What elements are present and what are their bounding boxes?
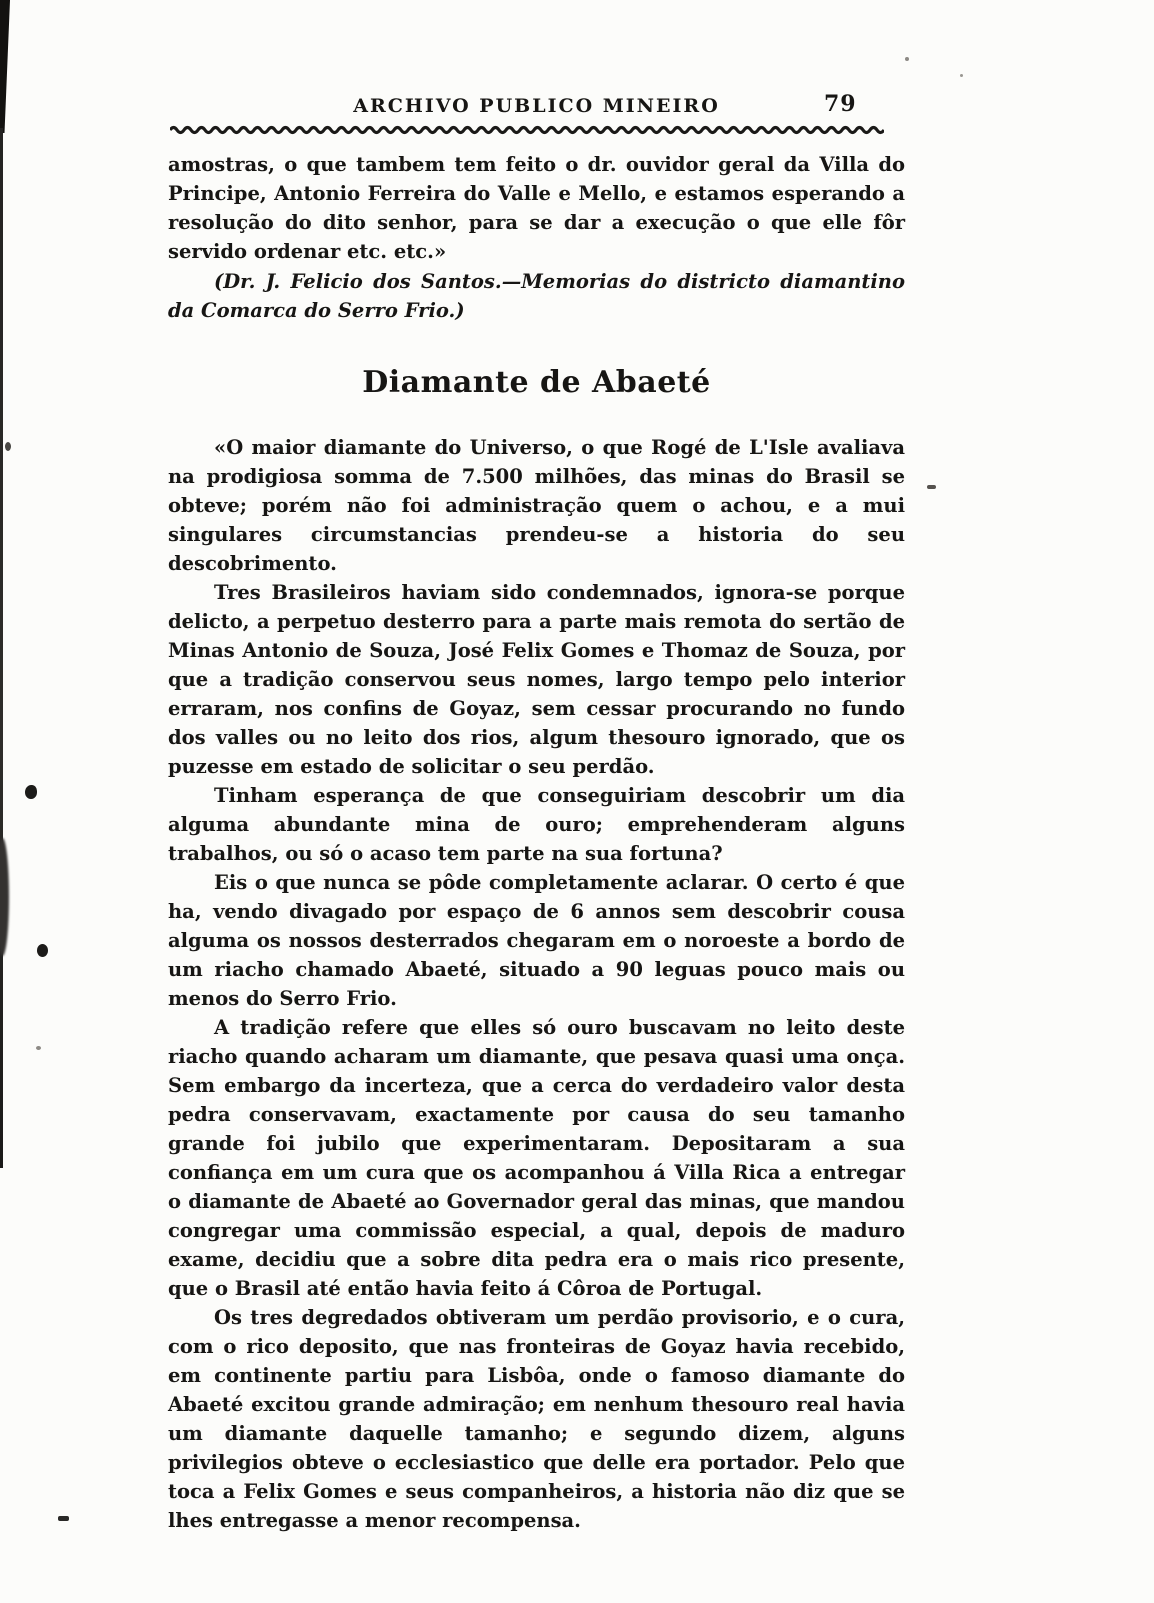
scanned-page: ARCHIVO PUBLICO MINEIRO 79 amostras, o q…: [0, 0, 1154, 1603]
article-paragraph: Os tres degredados obtiveram um perdão p…: [168, 1303, 905, 1535]
page-number: 79: [824, 91, 857, 117]
article-paragraph: «O maior diamante do Universo, o que Rog…: [168, 433, 905, 578]
scan-artifact-edge-line: [0, 128, 3, 1168]
scan-artifact-speck: [905, 57, 909, 61]
scan-artifact-speck: [36, 1046, 41, 1050]
running-head: ARCHIVO PUBLICO MINEIRO 79: [168, 95, 905, 121]
article-paragraph: Eis o que nunca se pôde completamente ac…: [168, 868, 905, 1013]
article-paragraph: A tradição refere que elles só ouro busc…: [168, 1013, 905, 1303]
scan-artifact-speck: [960, 74, 963, 77]
article-title: Diamante de Abaeté: [168, 368, 905, 397]
scan-artifact-dash: [927, 485, 936, 489]
citation-paragraph: (Dr. J. Felicio dos Santos.—Memorias do …: [168, 267, 905, 325]
running-title: ARCHIVO PUBLICO MINEIRO: [168, 95, 905, 117]
scan-artifact-edge-bulge: [0, 838, 9, 956]
article-paragraph: Tinham esperança de que conseguiriam des…: [168, 781, 905, 868]
page-body: amostras, o que tambem tem feito o dr. o…: [168, 150, 905, 1535]
header-rule-wavy-line: [170, 124, 884, 136]
scan-artifact-dash: [58, 1516, 69, 1521]
scan-artifact-speck: [5, 442, 11, 451]
continuation-paragraph: amostras, o que tambem tem feito o dr. o…: [168, 150, 905, 266]
article-paragraph: Tres Brasileiros haviam sido condemnados…: [168, 578, 905, 781]
scan-artifact-dot: [37, 944, 48, 957]
scan-artifact-corner: [0, 0, 10, 133]
scan-artifact-dot: [25, 785, 37, 799]
article-body: «O maior diamante do Universo, o que Rog…: [168, 433, 905, 1535]
